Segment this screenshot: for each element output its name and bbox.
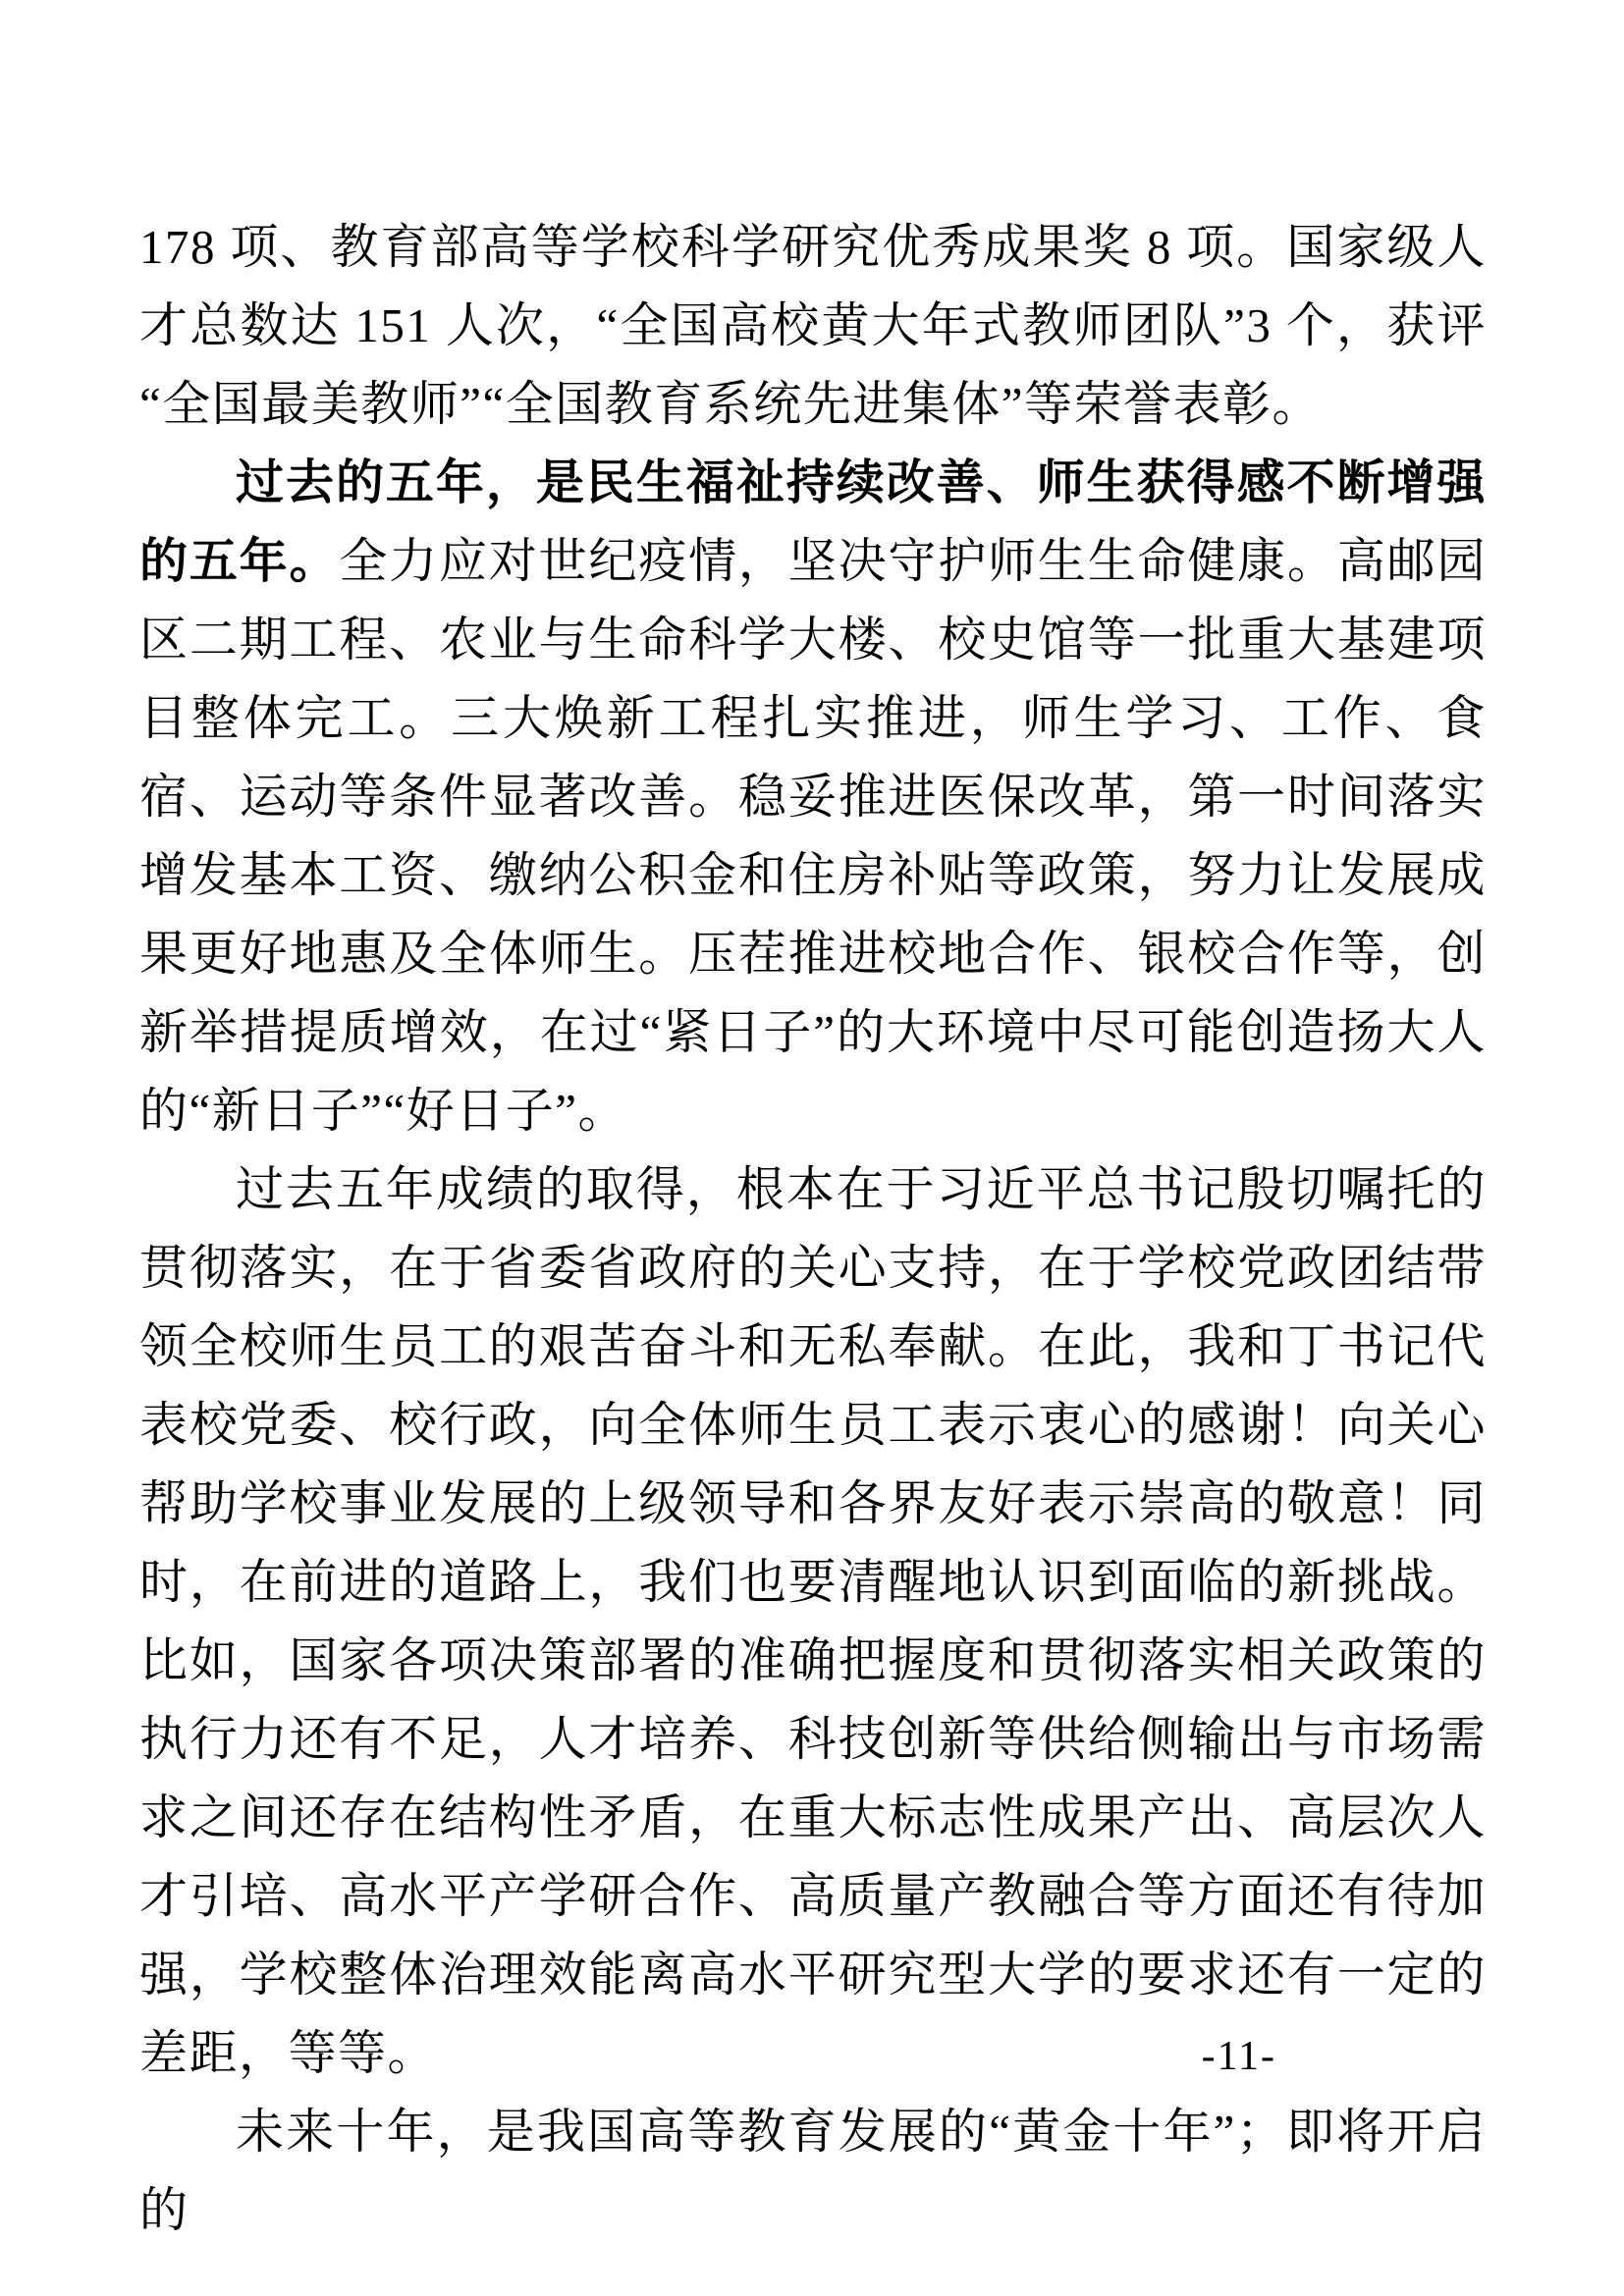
document-page: 178 项、教育部高等学校科学研究优秀成果奖 8 项。国家级人才总数达 151 …: [0, 0, 1624, 2296]
paragraph-text: 过去五年成绩的取得，根本在于习近平总书记殷切嘱托的贯彻落实，在于省委省政府的关心…: [139, 1162, 1487, 2080]
paragraph-text: 全力应对世纪疫情，坚决守护师生生命健康。高邮园区二期工程、农业与生命科学大楼、校…: [139, 534, 1487, 1138]
paragraph-continuation: 178 项、教育部高等学校科学研究优秀成果奖 8 项。国家级人才总数达 151 …: [139, 208, 1487, 444]
page-number: -11-: [1202, 2034, 1276, 2079]
paragraph-text: 178 项、教育部高等学校科学研究优秀成果奖 8 项。国家级人才总数达 151 …: [139, 220, 1487, 431]
paragraph-next-decade: 未来十年，是我国高等教育发展的“黄金十年”；即将开启的: [139, 2093, 1487, 2250]
paragraph-achievements-and-challenges: 过去五年成绩的取得，根本在于习近平总书记殷切嘱托的贯彻落实，在于省委省政府的关心…: [139, 1150, 1487, 2093]
paragraph-text: 未来十年，是我国高等教育发展的“黄金十年”；即将开启的: [139, 2105, 1487, 2237]
document-body: 178 项、教育部高等学校科学研究优秀成果奖 8 项。国家级人才总数达 151 …: [139, 208, 1487, 2250]
paragraph-past-five-years-livelihood: 过去的五年，是民生福祉持续改善、师生获得感不断增强的五年。全力应对世纪疫情，坚决…: [139, 444, 1487, 1150]
